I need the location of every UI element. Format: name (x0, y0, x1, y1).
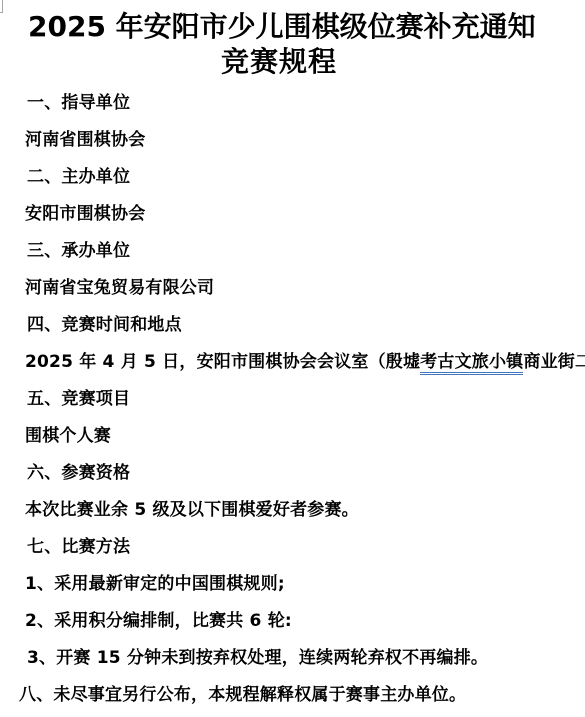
document-title-line-1: 2025 年安阳市少儿围棋级位赛补充通知 (28, 10, 536, 44)
section-2-heading: 二、主办单位 (27, 165, 130, 189)
section-3-body: 河南省宝兔贸易有限公司 (25, 276, 214, 300)
section-4-body: 2025 年 4 月 5 日，安阳市围棋协会会议室（殷墟考古文旅小镇商业街二层） (25, 350, 585, 375)
section-3-heading: 三、承办单位 (27, 239, 130, 263)
margin-crop-mark-horizontal (0, 12, 3, 13)
section-7-item-3: 3、开赛 15 分钟未到按弃权处理，连续两轮弃权不再编排。 (27, 646, 488, 670)
section-1-body: 河南省围棋协会 (25, 128, 145, 152)
date-location-text-suffix: 商业街二层） (523, 352, 585, 372)
section-5-heading: 五、竞赛项目 (27, 387, 130, 411)
document-page: 2025 年安阳市少儿围棋级位赛补充通知 竞赛规程 一、指导单位 河南省围棋协会… (0, 0, 585, 717)
section-7-heading: 七、比赛方法 (27, 535, 130, 559)
section-1-heading: 一、指导单位 (27, 91, 130, 115)
section-6-body: 本次比赛业余 5 级及以下围棋爱好者参赛。 (25, 498, 359, 522)
section-4-heading: 四、竞赛时间和地点 (27, 313, 182, 337)
margin-crop-mark-vertical (2, 0, 3, 12)
section-7-item-1: 1、采用最新审定的中国围棋规则; (25, 572, 285, 596)
section-2-body: 安阳市围棋协会 (25, 202, 145, 226)
section-5-body: 围棋个人赛 (25, 424, 111, 448)
grammar-underlined-text: 考古文旅小镇 (420, 353, 523, 375)
document-title-line-2: 竞赛规程 (221, 45, 337, 79)
section-7-item-2: 2、采用积分编排制，比赛共 6 轮: (25, 609, 292, 633)
section-8-line: 八、未尽事宜另行公布，本规程解释权属于赛事主办单位。 (19, 683, 466, 707)
date-location-text-prefix: 2025 年 4 月 5 日，安阳市围棋协会会议室（殷墟 (25, 352, 420, 372)
section-6-heading: 六、参赛资格 (27, 461, 130, 485)
